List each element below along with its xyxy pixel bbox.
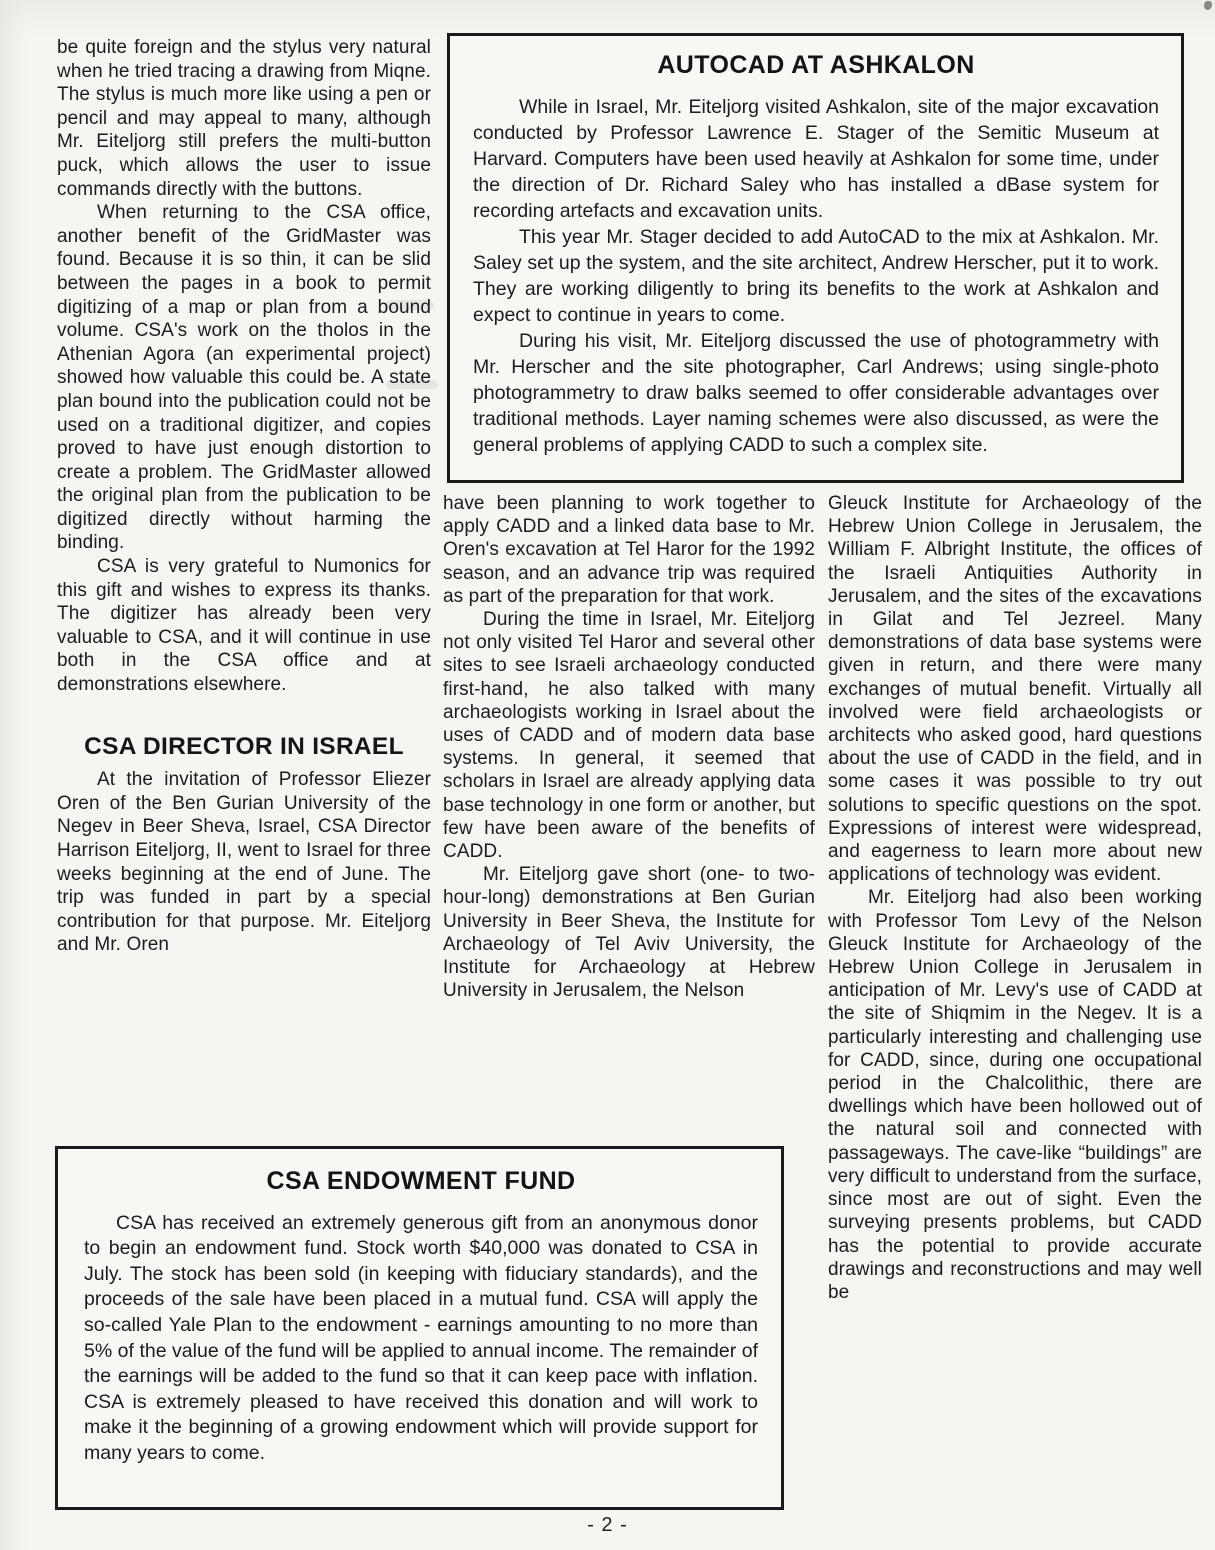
middle-column: have been planning to work together to a…: [443, 492, 815, 1002]
body-paragraph: At the invitation of Professor Eliezer O…: [57, 768, 431, 957]
body-paragraph: be quite foreign and the stylus very nat…: [57, 36, 431, 201]
autocad-paragraph: This year Mr. Stager decided to add Auto…: [473, 224, 1159, 328]
body-paragraph: During the time in Israel, Mr. Eiteljorg…: [443, 608, 815, 863]
body-paragraph: CSA is very grateful to Numonics for thi…: [57, 555, 431, 697]
endowment-paragraph: CSA has received an extremely generous g…: [84, 1211, 758, 1467]
body-paragraph: Gleuck Institute for Archaeology of the …: [828, 492, 1202, 886]
scan-artifact: [1204, 1, 1212, 10]
endowment-article-title: CSA ENDOWMENT FUND: [84, 1169, 758, 1195]
body-paragraph: Mr. Eiteljorg had also been working with…: [828, 886, 1202, 1304]
body-paragraph: When returning to the CSA office, anothe…: [57, 201, 431, 555]
section-heading-csa-director-in-israel: CSA DIRECTOR IN ISRAEL: [57, 735, 431, 759]
page-number: - 2 -: [0, 1514, 1215, 1537]
left-column: be quite foreign and the stylus very nat…: [57, 36, 431, 957]
right-column: Gleuck Institute for Archaeology of the …: [828, 492, 1202, 1304]
body-paragraph: have been planning to work together to a…: [443, 492, 815, 608]
autocad-paragraph: While in Israel, Mr. Eiteljorg visited A…: [473, 94, 1159, 224]
endowment-article-box: CSA ENDOWMENT FUND CSA has received an e…: [55, 1146, 784, 1510]
autocad-article-title: AUTOCAD AT ASHKALON: [473, 52, 1159, 78]
autocad-paragraph: During his visit, Mr. Eiteljorg discusse…: [473, 328, 1159, 458]
autocad-article-box: AUTOCAD AT ASHKALON While in Israel, Mr.…: [447, 33, 1184, 483]
newsletter-page: AUTOCAD AT ASHKALON While in Israel, Mr.…: [0, 0, 1215, 1550]
body-paragraph: Mr. Eiteljorg gave short (one- to two-ho…: [443, 863, 815, 1002]
